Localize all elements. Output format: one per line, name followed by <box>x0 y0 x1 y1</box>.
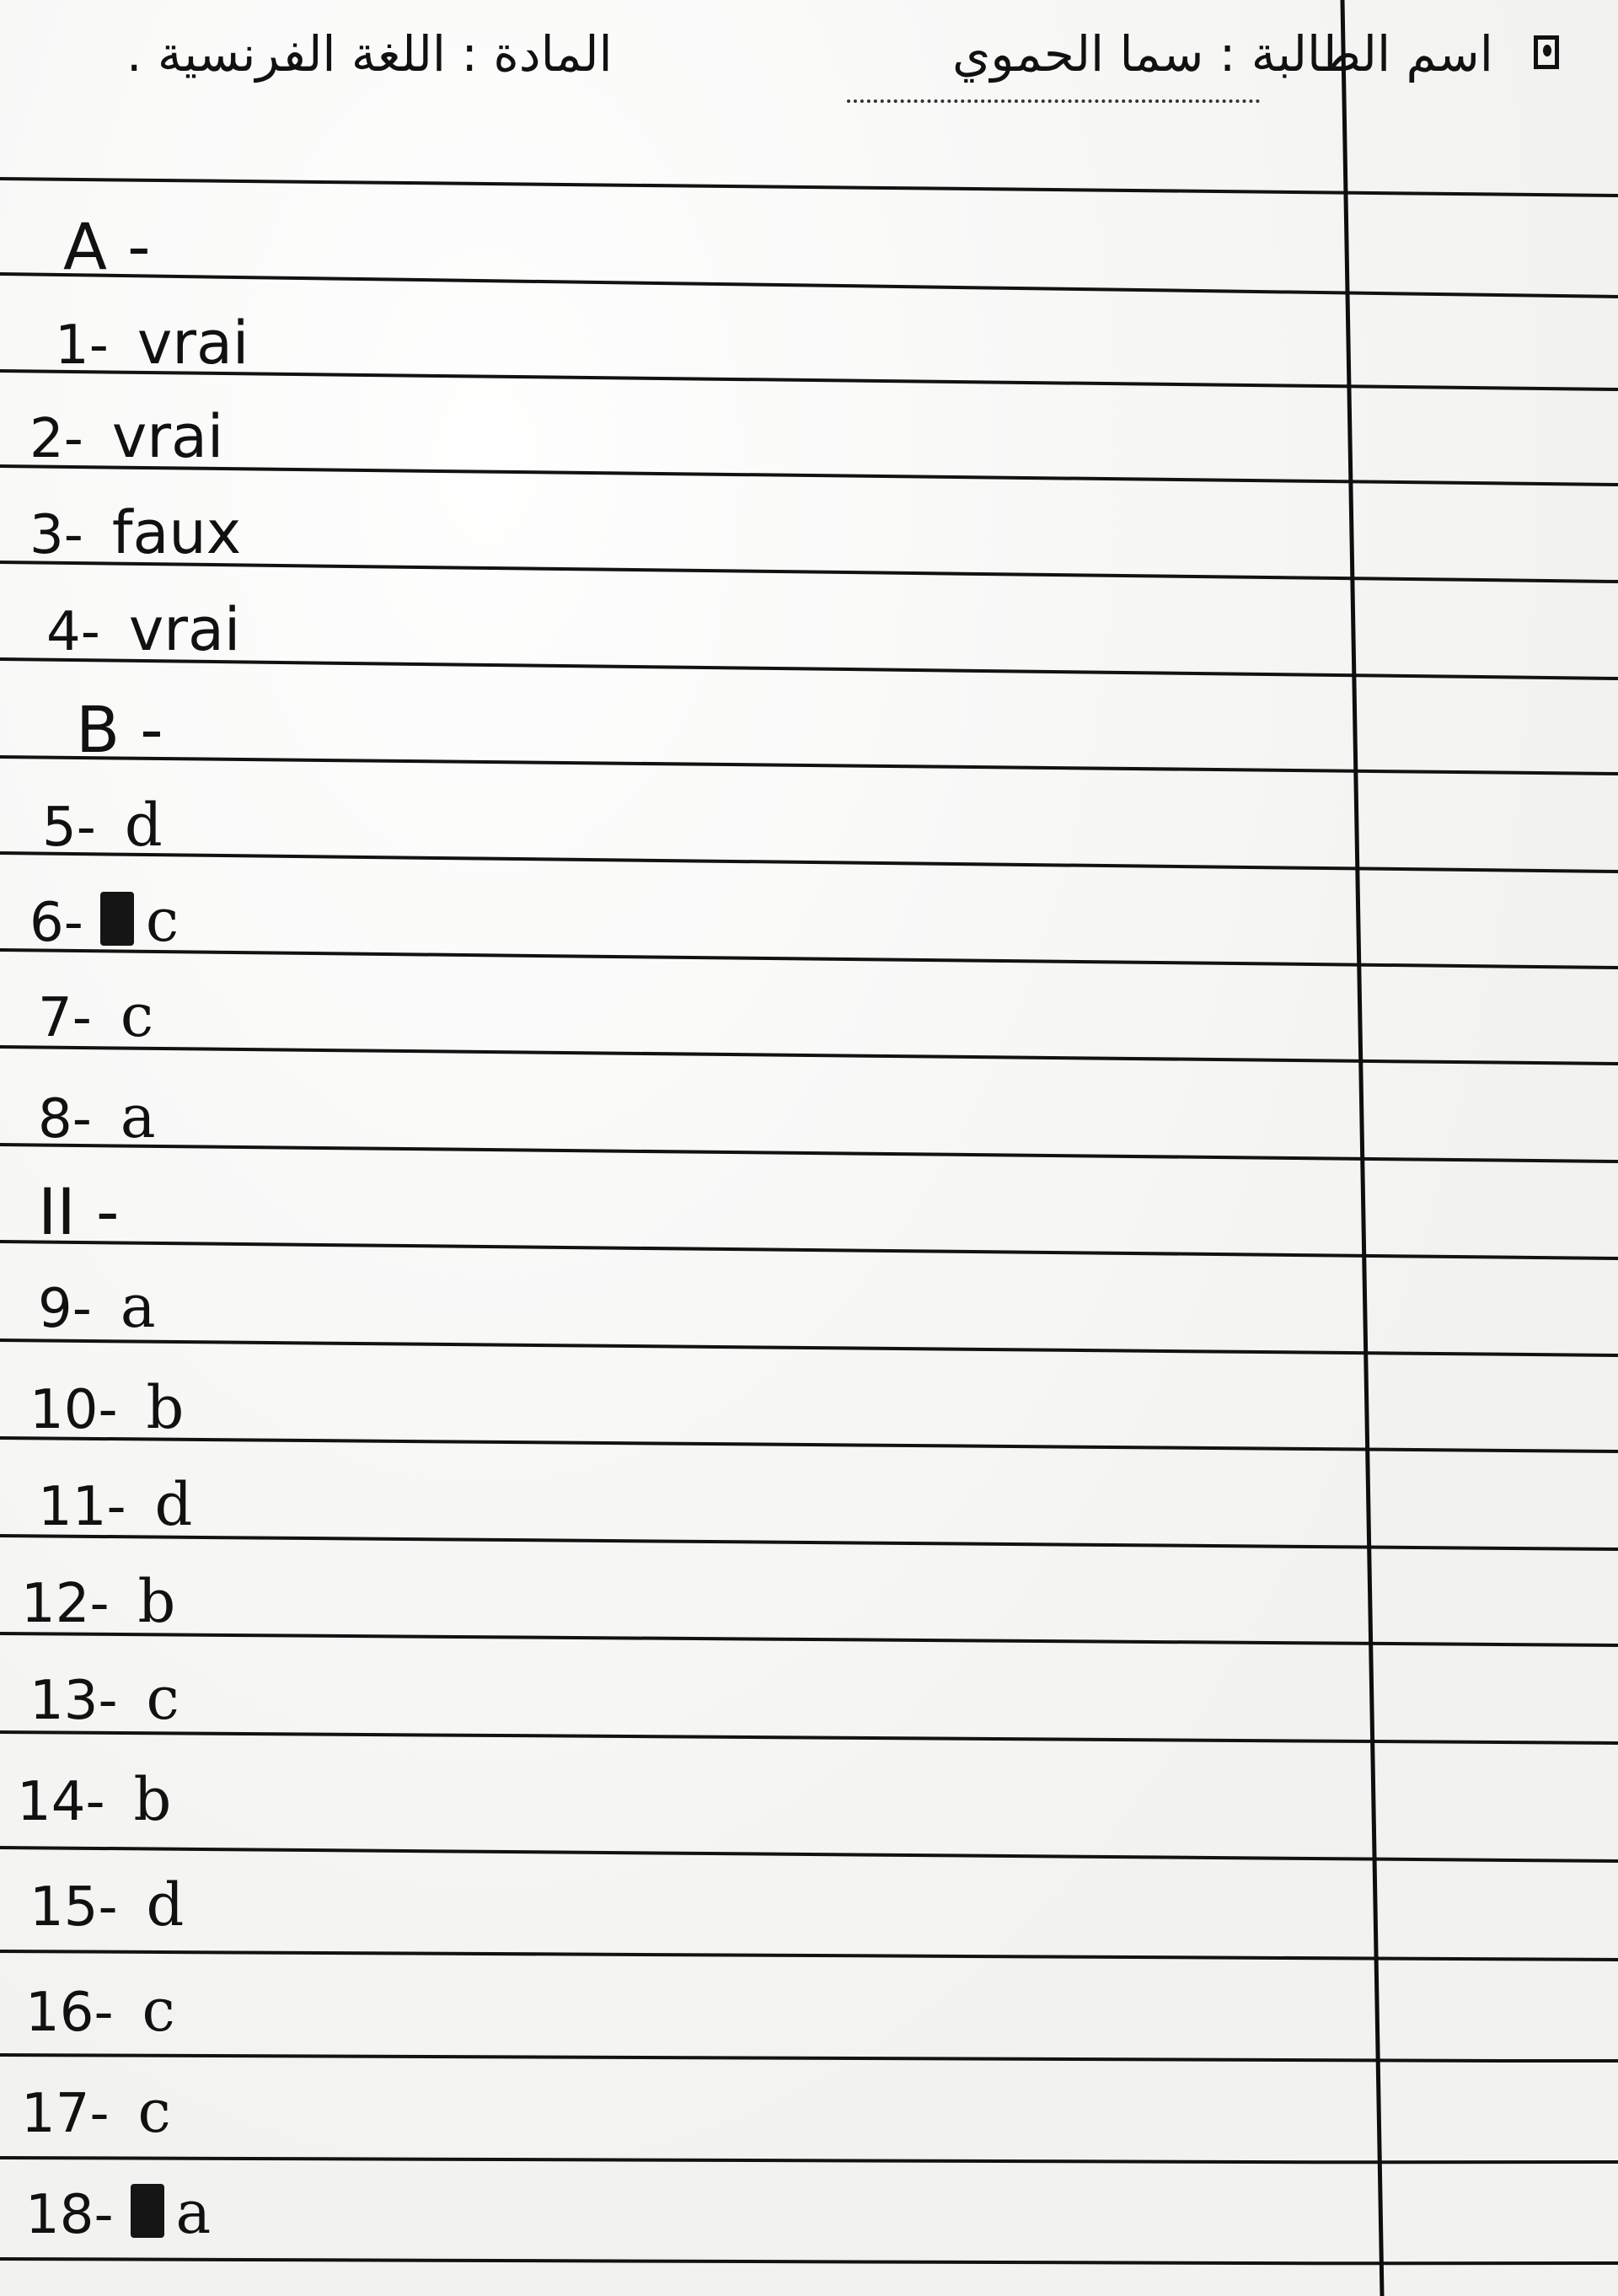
section-label: A - <box>63 215 151 279</box>
question-number: 10- <box>29 1379 118 1441</box>
section-label: B - <box>76 698 163 762</box>
answer-value: vrai <box>137 308 249 378</box>
section-label-text: B - <box>76 692 163 767</box>
ruled-line <box>0 562 1618 582</box>
ruled-line <box>0 1340 1618 1355</box>
answer-value: b <box>147 1373 185 1442</box>
ruled-line <box>0 950 1618 968</box>
scribble-mark <box>131 2184 164 2238</box>
student-name-field: اسم الطالبة : سما الحموي <box>952 25 1493 83</box>
answer-value: c <box>146 886 179 955</box>
question-number: 15- <box>29 1876 118 1939</box>
margin-line <box>1342 0 1382 2296</box>
ruled-line <box>0 2055 1618 2061</box>
answer-row: 1-vrai <box>55 314 249 373</box>
answer-value: d <box>155 1470 193 1539</box>
answer-row: 13-c <box>29 1669 179 1728</box>
question-number: 12- <box>21 1573 110 1635</box>
question-number: 5- <box>42 797 96 859</box>
answer-row: 14-b <box>17 1770 171 1829</box>
question-number: 16- <box>25 1982 114 2044</box>
question-number: 9- <box>38 1278 92 1340</box>
question-number: 2- <box>29 408 83 470</box>
answer-value: b <box>138 1567 176 1636</box>
answer-value: faux <box>112 498 241 567</box>
subject-value: اللغة الفرنسية . <box>126 25 446 83</box>
ruled-line <box>0 1633 1618 1645</box>
ruled-line <box>0 1145 1618 1161</box>
ruled-line <box>0 1732 1618 1743</box>
question-number: 7- <box>38 987 92 1049</box>
answer-row: 18-a <box>25 2183 211 2242</box>
bullet-box-icon <box>1534 35 1559 69</box>
answer-row: 7-c <box>38 986 153 1045</box>
answer-row: 16-c <box>25 1981 175 2040</box>
answer-value: c <box>138 2077 171 2146</box>
answer-value: b <box>134 1765 172 1834</box>
ruled-line <box>0 179 1618 196</box>
answer-row: 12-b <box>21 1572 175 1631</box>
answer-value: c <box>142 1976 175 2045</box>
answer-row: 3-faux <box>29 503 241 562</box>
question-number: 18- <box>25 2184 114 2246</box>
ruled-line <box>0 1047 1618 1064</box>
answer-value: d <box>125 791 163 860</box>
answer-row: 5-d <box>42 796 163 855</box>
question-number: 13- <box>29 1670 118 1732</box>
question-number: 8- <box>38 1088 92 1151</box>
answer-row: 10-b <box>29 1378 184 1437</box>
answer-value: vrai <box>112 402 224 471</box>
ruled-line <box>0 466 1618 485</box>
answer-value: a <box>121 1272 156 1341</box>
question-number: 4- <box>46 601 100 663</box>
question-number: 11- <box>38 1476 126 1538</box>
student-label: اسم الطالبة : <box>1219 25 1493 83</box>
ruled-line <box>0 1536 1618 1549</box>
answer-row: 17-c <box>21 2082 171 2141</box>
subject-field: المادة : اللغة الفرنسية . <box>126 25 613 83</box>
ruled-line <box>0 1438 1618 1451</box>
ruled-line <box>0 757 1618 774</box>
question-number: 3- <box>29 504 83 566</box>
answer-value: c <box>121 981 153 1050</box>
subject-label: المادة : <box>461 25 612 83</box>
answer-value: vrai <box>129 595 241 664</box>
question-number: 17- <box>21 2083 110 2145</box>
answer-row: 6-c <box>29 891 179 950</box>
question-number: 14- <box>17 1771 105 1833</box>
question-number: 1- <box>55 314 109 377</box>
answer-value: d <box>147 1870 185 1939</box>
ruled-line <box>0 2158 1618 2162</box>
answer-row: 15-d <box>29 1875 184 1934</box>
section-label-text: II - <box>38 1174 119 1249</box>
ruled-line <box>0 659 1618 679</box>
student-name: سما الحموي <box>952 25 1203 83</box>
answer-row: 4-vrai <box>46 600 240 659</box>
answer-value: a <box>121 1082 156 1151</box>
answer-row: 9-a <box>38 1277 156 1336</box>
scribble-mark <box>100 892 134 946</box>
question-number: 6- <box>29 892 83 954</box>
section-label-text: A - <box>63 209 151 284</box>
name-underline <box>847 99 1260 103</box>
answer-row: 8-a <box>38 1087 156 1146</box>
ruled-line <box>0 1242 1618 1258</box>
answer-value: a <box>176 2178 212 2247</box>
ruled-line <box>0 2259 1618 2263</box>
answer-row: 2-vrai <box>29 407 223 466</box>
answer-value: c <box>147 1664 179 1733</box>
ruled-line <box>0 274 1618 297</box>
ruled-line <box>0 853 1618 872</box>
section-label: II - <box>38 1180 119 1244</box>
answer-row: 11-d <box>38 1475 192 1534</box>
